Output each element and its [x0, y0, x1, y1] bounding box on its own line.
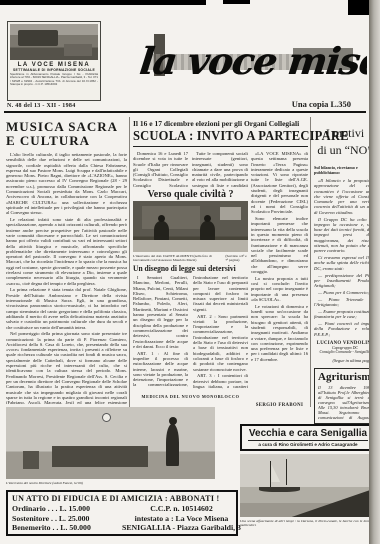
photo-backdrop [142, 206, 200, 229]
article-motivi: I motivi di un “NO” Sul bilancio, ricevi… [314, 121, 376, 424]
logo-fine-print: Spedizione in Abbonamento Postale Gruppo… [10, 73, 98, 87]
paragraph: I Senatori Gualtieri, Mancino, Merloni, … [133, 275, 188, 349]
paragraph: — Piano Triennale per l'Artigianato; [314, 297, 376, 308]
verso-photo [133, 201, 248, 252]
harbor-photo-caption: Una scena affascinante di altri tempi : … [240, 519, 376, 527]
vecchia-title: Vecchia e cara Senigallia [247, 427, 369, 439]
article-musica-title: MUSICA SACRA E CULTURA [6, 120, 127, 148]
masthead-script-title: la voce misena [137, 39, 367, 83]
chair [23, 451, 39, 469]
paragraph: Nel pomeriggio della prima giornata sono… [6, 331, 127, 404]
title-line: MUSICA SACRA [6, 120, 127, 134]
masthead-city-photo: la voce misena [104, 27, 367, 98]
scuola-signature: SERGIO FRABONI [251, 403, 308, 408]
photo-table [133, 240, 248, 252]
masthead-logo-box: LA VOCE MISENA SETTIMANALE DI INFORMAZIO… [7, 21, 101, 101]
detersivi-body: I Senatori Gualtieri, Mancino, Merloni, … [133, 275, 248, 391]
vecchia-box: Vecchia e cara Senigallia a cura di Rino… [240, 424, 376, 451]
newspaper-page: LA VOCE MISENA SETTIMANALE DI INFORMAZIO… [0, 0, 369, 544]
abbonati-price: L. 25.000 [59, 514, 90, 523]
abbonati-row: Sostenitore . . L. 25.000 [12, 514, 118, 524]
scuola-headline: SCUOLA : INVITO A PARTECIPARE [133, 128, 299, 144]
boat-mast [286, 459, 287, 485]
paragraph: Il Gruppo DC ha colto con impegno la occ… [314, 217, 376, 254]
signature-role: Consiglio Comunale - Senigallia [314, 350, 376, 354]
paragraph: — Piani concreti ed impegni della Fondaz… [314, 321, 376, 337]
scuola-column-2: Tutte le componenti sociali interessate … [192, 151, 248, 188]
abbonati-row: Ordinario . . . L. 15.000 [12, 504, 118, 514]
paragraph: — Piano per il Commercio; [314, 290, 376, 295]
boat-hull [259, 487, 300, 493]
abbonati-row: Benemerito . . L. 50.000 [12, 523, 118, 533]
motivi-continuation-note: (Segue in ultima pagina) [314, 358, 376, 363]
paragraph: Domenica 16 e Lunedì 17 dicembre si vota… [133, 151, 188, 188]
vecchia-byline: a cura di Rino Girolimetti e Adrio Casag… [244, 442, 372, 447]
paragraph: Sono elencate inoltre importanti premess… [251, 216, 308, 274]
paragraph: L'alto livello culturale, il taglio nett… [6, 152, 127, 216]
paragraph: Le votazioni di domenica e lunedì sono u… [251, 304, 308, 362]
paragraph: La nostra proposta a tutti così si concl… [251, 276, 308, 302]
paragraph: — Esame proposta costituzione finanziari… [314, 309, 376, 320]
abbonati-tier: Benemerito . . [12, 523, 58, 532]
scan-artifact-bar [0, 0, 206, 5]
paragraph: «LA VOCE MISENA» di questa settimana pre… [251, 151, 308, 215]
meeting-photo [6, 407, 215, 479]
verso-subhead: Verso quale civiltà ? [133, 189, 248, 200]
abbonati-info: intestato a : La Voce Misena [122, 514, 241, 524]
detersivi-footer-kicker: MEDICINA DEL NUOVO MONOBLOCCO [133, 394, 248, 399]
masthead-rule [4, 111, 366, 113]
motivi-title: I motivi di un “NO” [314, 125, 376, 159]
paragraph: Tutte le componenti sociali interessate … [192, 151, 248, 188]
title-line: I motivi [314, 125, 376, 142]
verso-photo-caption: L'intervento del dott. DANTE ALIMENTI (n… [133, 254, 248, 262]
scuola-column-3-text: «LA VOCE MISENA» di questa settimana pre… [251, 151, 308, 400]
scuola-column-1: Domenica 16 e Lunedì 17 dicembre si vota… [133, 151, 188, 188]
abbonati-tier: Ordinario . . . [12, 504, 57, 513]
harbor-photo [240, 454, 376, 517]
column-divider [310, 117, 311, 407]
boat-sail [271, 464, 280, 482]
page-edge-shadow [369, 0, 380, 544]
abbonati-info: SENIGALLIA - Piazza Garibaldi, 3 [122, 523, 241, 533]
issue-number: N. 48 del 13 - XII - 1984 [7, 103, 76, 109]
headline-rule [133, 146, 308, 147]
harbor-quay [292, 488, 376, 517]
meeting-table [52, 446, 148, 468]
abbonati-price: L. 15.000 [59, 504, 90, 513]
vecchia-rule [248, 440, 368, 441]
agriturismo-box: Agriturismo Il 13 dicembre 1984 all'Isti… [314, 368, 376, 424]
paragraph: Ci eravamo espressi nel 1983, anche sull… [314, 255, 376, 271]
abbonati-title: UN ATTO DI FIDUCIA E DI AMICIZIA : ABBON… [12, 494, 223, 503]
motivi-signature: LUCIANO VENDOLINI Capogruppo DC Consigli… [314, 341, 376, 354]
title-line: E CULTURA [6, 134, 127, 148]
scan-artifact-bar [223, 0, 250, 4]
motivi-intro: Sul bilancio, riceviamo e pubblichiamo: [314, 165, 376, 175]
copy-price: Una copia L.350 [292, 99, 351, 109]
agriturismo-title: Agriturismo [318, 371, 372, 383]
standing-speaker-figure [166, 424, 179, 466]
motivi-body: «Il bilancio e la proposta di approvazio… [314, 178, 376, 338]
photo-sign [220, 207, 241, 220]
column-divider [129, 117, 130, 417]
abbonati-price: L. 50.000 [60, 523, 91, 532]
logo-photo [10, 24, 98, 60]
title-line: di un “NO” [314, 142, 376, 159]
caption-text: L'intervento del dott. DANTE ALIMENTI (n… [133, 254, 222, 262]
abbonati-table: Ordinario . . . L. 15.000 C.C.P. n. 1051… [12, 504, 232, 533]
agriturismo-body: Il 13 dicembre 1984 all'Istituto Prof.le… [318, 385, 372, 421]
paragraph: — predisposizione del Piano per Insediam… [314, 273, 376, 289]
paragraph: La prima relazione è stata tenuta dal pr… [6, 287, 127, 329]
scuola-kicker: Il 16 e 17 dicembre elezioni per gli Org… [133, 119, 309, 128]
seated-figure [200, 221, 215, 241]
caption-reference: (Servizio a 6ª e 7ª pagina) [225, 254, 248, 262]
boat-mast [270, 461, 271, 487]
wall-clock [102, 413, 111, 422]
scuola-column-3: «LA VOCE MISENA» di questa settimana pre… [251, 151, 308, 408]
article-musica-body: L'alto livello culturale, il taglio nett… [6, 152, 127, 404]
seated-figure [154, 221, 169, 241]
meeting-photo-caption: L'intervento del nostro Direttore (sedut… [6, 481, 215, 485]
detersivi-title: Un disegno di legge sui detersivi [133, 264, 242, 273]
paragraph: «Il bilancio e la proposta di approvazio… [314, 178, 376, 215]
paragraph: ART. 2 : Sono parimenti vietati la produ… [193, 314, 248, 372]
paragraph: Le relazioni infatti sono state di alta … [6, 217, 127, 286]
abbonati-info: C.C.P. n. 10514602 [122, 504, 241, 514]
abbonati-box: UN ATTO DI FIDUCIA E DI AMICIZIA : ABBON… [6, 490, 238, 536]
abbonati-tier: Sostenitore . . [12, 514, 57, 523]
